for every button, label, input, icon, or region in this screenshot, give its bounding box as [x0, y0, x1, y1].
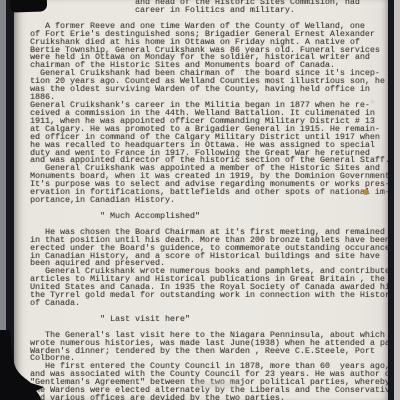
- typewritten-text: and head of the Historic Sites Commision…: [30, 0, 388, 400]
- foxing-stain: [371, 100, 374, 103]
- foxing-stain: [355, 31, 358, 34]
- right-margin-strip: [394, 0, 400, 400]
- bottom-left-scan-artifact: [0, 330, 46, 400]
- paper-sheet: and head of the Historic Sites Commision…: [14, 0, 388, 400]
- ink-smudge: [194, 381, 240, 388]
- foxing-stain: [363, 189, 369, 195]
- scanned-document-page: and head of the Historic Sites Commision…: [0, 0, 400, 400]
- top-left-scan-artifact: [10, 0, 48, 13]
- thumb-shadow-shape: [0, 330, 44, 400]
